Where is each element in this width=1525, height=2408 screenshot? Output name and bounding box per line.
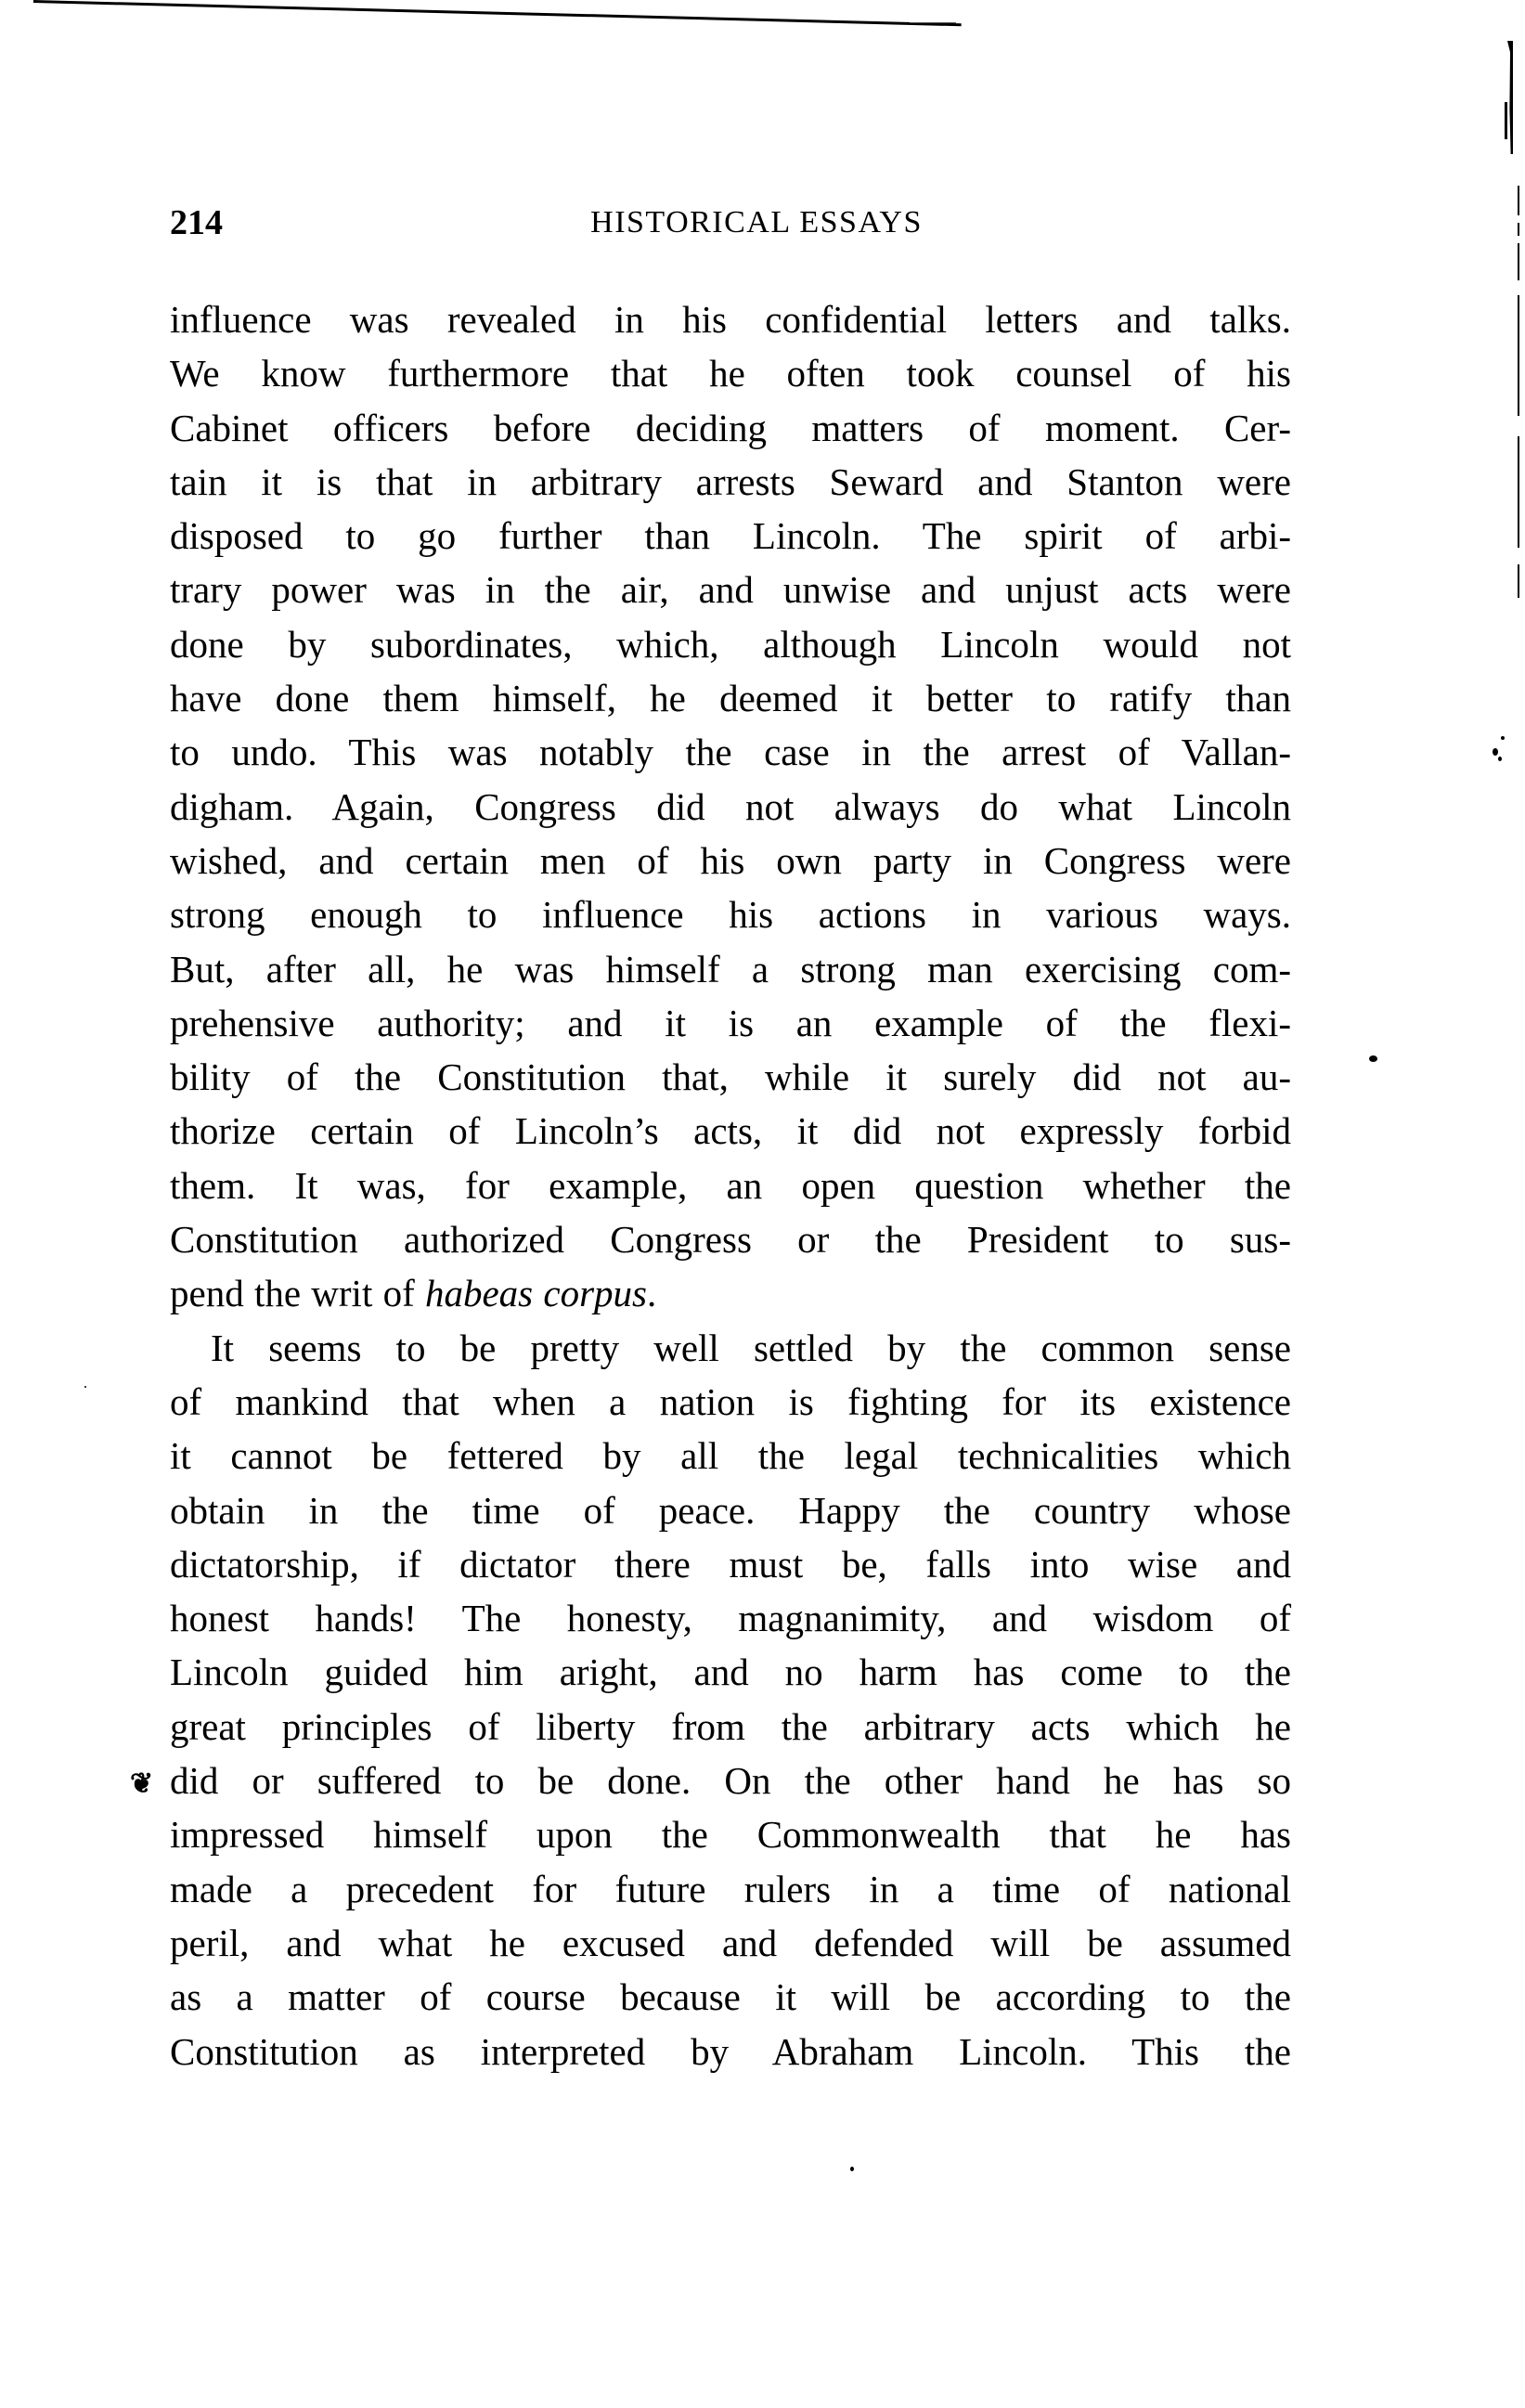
text-line: tain it is that in arbitrary arrests Sew…	[170, 455, 1291, 509]
text-line: them. It was, for example, an open quest…	[170, 1159, 1291, 1212]
text-line: as a matter of course because it will be…	[170, 1970, 1291, 2024]
text-line: Constitution authorized Congress or the …	[170, 1212, 1291, 1266]
running-title: HISTORICAL ESSAYS	[170, 197, 1291, 249]
text-line: have done them himself, he deemed it bet…	[170, 671, 1291, 725]
scan-top-rule-tail	[910, 22, 956, 23]
scan-speck	[1493, 748, 1498, 756]
text-line: to undo. This was notably the case in th…	[170, 725, 1291, 779]
text-line: made a precedent for future rulers in a …	[170, 1862, 1291, 1916]
text-line: Cabinet officers before deciding matters…	[170, 401, 1291, 455]
scan-speck	[1369, 1055, 1377, 1062]
text-fragment: pend the writ of	[170, 1272, 425, 1314]
text-line: impressed himself upon the Commonwealth …	[170, 1807, 1291, 1861]
scan-top-rule	[33, 0, 962, 26]
text-line: disposed to go further than Lincoln. The…	[170, 509, 1291, 563]
text-line: honest hands! The honesty, magnanimity, …	[170, 1591, 1291, 1645]
text-line: Constitution as interpreted by Abraham L…	[170, 2025, 1291, 2078]
scan-binding-dash	[1518, 436, 1519, 548]
paragraph-1: influence was revealed in his confidenti…	[170, 292, 1291, 1321]
text-line: dictatorship, if dictator there must be,…	[170, 1537, 1291, 1591]
running-header: 214 HISTORICAL ESSAYS	[170, 197, 1291, 249]
scan-binding-edge-fragment	[1505, 102, 1507, 139]
text-line: wished, and certain men of his own party…	[170, 834, 1291, 887]
margin-ink-mark: ❦	[130, 1770, 153, 1798]
scan-speck	[1501, 736, 1505, 740]
text-line: influence was revealed in his confidenti…	[170, 292, 1291, 346]
text-line: done by subordinates, which, although Li…	[170, 617, 1291, 671]
scan-binding-dash	[1518, 243, 1519, 280]
scan-binding-dash	[1518, 564, 1519, 598]
text-line: But, after all, he was himself a strong …	[170, 942, 1291, 996]
text-line: did or suffered to be done. On the other…	[170, 1754, 1291, 1807]
text-line: of mankind that when a nation is fightin…	[170, 1375, 1291, 1429]
text-line-final: pend the writ of habeas corpus.	[170, 1266, 1291, 1320]
scan-binding-edge	[1507, 41, 1513, 154]
text-fragment: .	[647, 1272, 656, 1314]
paragraph-2: It seems to be pretty well settled by th…	[170, 1321, 1291, 2078]
italic-latin-term: habeas corpus	[425, 1272, 647, 1314]
text-line: thorize certain of Lincoln’s acts, it di…	[170, 1104, 1291, 1158]
scan-binding-dash	[1518, 295, 1519, 416]
text-line-indented: It seems to be pretty well settled by th…	[170, 1321, 1291, 1375]
text-line: strong enough to influence his actions i…	[170, 887, 1291, 941]
scan-speck	[850, 2167, 854, 2171]
text-line: prehensive authority; and it is an examp…	[170, 996, 1291, 1050]
text-line: digham. Again, Congress did not always d…	[170, 780, 1291, 834]
scan-binding-dash	[1518, 186, 1519, 215]
text-line: We know furthermore that he often took c…	[170, 346, 1291, 400]
text-line: bility of the Constitution that, while i…	[170, 1050, 1291, 1104]
scan-speck	[84, 1386, 86, 1388]
text-line: obtain in the time of peace. Happy the c…	[170, 1483, 1291, 1537]
scan-binding-dash	[1518, 223, 1519, 236]
scan-speck	[1498, 757, 1502, 761]
text-line: trary power was in the air, and unwise a…	[170, 563, 1291, 616]
text-line: great principles of liberty from the arb…	[170, 1700, 1291, 1754]
page-body: influence was revealed in his confidenti…	[170, 292, 1291, 2078]
text-line: Lincoln guided him aright, and no harm h…	[170, 1645, 1291, 1699]
text-line: peril, and what he excused and defended …	[170, 1916, 1291, 1970]
text-line: it cannot be fettered by all the legal t…	[170, 1429, 1291, 1482]
